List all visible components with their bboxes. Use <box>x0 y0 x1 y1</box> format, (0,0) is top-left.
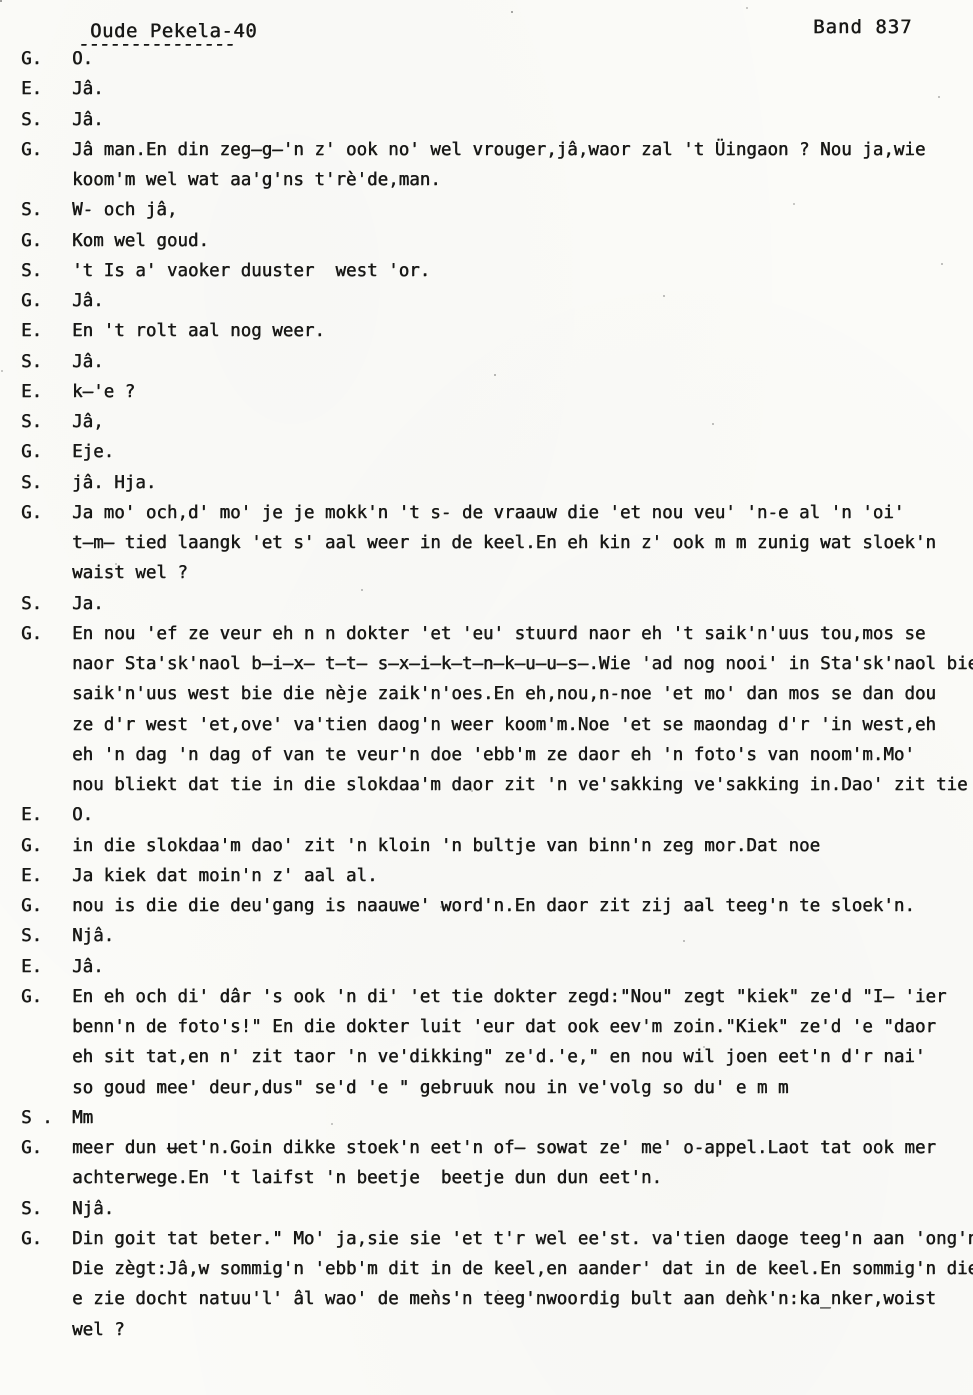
line-text: meer dun ʉet'n.Goin dikke stoek'n eet'n … <box>72 1138 936 1158</box>
speaker-label: G. <box>21 291 42 311</box>
line-text: Din goit tat beter." Mo' ja,sie sie 'et … <box>72 1229 973 1249</box>
transcript-line: benn'n de foto's!" En die dokter luit 'e… <box>0 1014 973 1044</box>
transcript-line: E.O. <box>0 802 973 832</box>
transcript-line: G.Kom wel goud. <box>0 228 973 258</box>
line-text: Njâ. <box>72 1199 114 1219</box>
document-page: Oude Pekela-40 --------------- Band 837 … <box>0 0 973 1395</box>
line-text: En nou 'ef ze veur eh n n dokter 'et 'eu… <box>72 624 925 644</box>
transcript-line: S.Njâ. <box>0 923 973 953</box>
transcript-line: G.Eje. <box>0 439 973 469</box>
transcript-line: S.jâ. Hja. <box>0 470 973 500</box>
line-text: En 't rolt aal nog weer. <box>72 321 325 341</box>
transcript-line: so goud mee' deur,dus" se'd 'e " gebruuk… <box>0 1075 973 1105</box>
line-text: in die slokdaa'm dao' zit 'n kloin 'n bu… <box>72 836 820 856</box>
speaker-label: G. <box>21 442 42 462</box>
speaker-label: G. <box>21 624 42 644</box>
line-text: Ja kiek dat moin'n z' aal al. <box>72 866 378 886</box>
line-text: Jâ. <box>72 110 104 130</box>
line-text: nou bliekt dat tie in die slokdaa'm daor… <box>72 775 968 795</box>
transcript-line: G.meer dun ʉet'n.Goin dikke stoek'n eet'… <box>0 1135 973 1165</box>
line-text: achterwege.En 't laifst 'n beetje beetje… <box>72 1168 662 1188</box>
transcript-line: G.Din goit tat beter." Mo' ja,sie sie 'e… <box>0 1226 973 1256</box>
transcript-line: S.Jâ, <box>0 409 973 439</box>
transcript-line: S.Jâ. <box>0 349 973 379</box>
speaker-label: G. <box>21 49 42 69</box>
transcript: G.O.E.Jâ.S.Jâ.G.Jâ man.En din zeg̶g̶'n z… <box>0 46 973 1347</box>
line-text: Eje. <box>72 442 114 462</box>
transcript-line: E.Ja kiek dat moin'n z' aal al. <box>0 863 973 893</box>
transcript-line: G.Jâ. <box>0 288 973 318</box>
speaker-label: G. <box>21 231 42 251</box>
transcript-line: saik'n'uus west bie die nèje zaik'n'oes.… <box>0 681 973 711</box>
line-text: wel ? <box>72 1320 125 1340</box>
transcript-line: G.Jâ man.En din zeg̶g̶'n z' ook no' wel … <box>0 137 973 167</box>
speaker-label: S. <box>21 594 42 614</box>
transcript-line: e zie docht natuu'l' âl wao' de meǹs'n t… <box>0 1286 973 1316</box>
transcript-line: wel ? <box>0 1317 973 1347</box>
transcript-line: G.nou is die die deu'gang is naauwe' wor… <box>0 893 973 923</box>
transcript-line: koom'm wel wat aa'g'ns t'rè'de,man. <box>0 167 973 197</box>
transcript-line: G.in die slokdaa'm dao' zit 'n kloin 'n … <box>0 833 973 863</box>
speaker-label: S. <box>21 200 42 220</box>
line-text: e zie docht natuu'l' âl wao' de meǹs'n t… <box>72 1289 936 1309</box>
line-text: 't Is a' vaoker duuster west 'or. <box>72 261 430 281</box>
transcript-line: S .Mm <box>0 1105 973 1135</box>
band-label: Band 837 <box>813 16 913 38</box>
line-text: En eh och di' dâr 's ook 'n di' 'et tie … <box>72 987 946 1007</box>
speaker-label: S. <box>21 926 42 946</box>
transcript-line: E.k̶'e ? <box>0 379 973 409</box>
line-text: O. <box>72 49 93 69</box>
transcript-line: nou bliekt dat tie in die slokdaa'm daor… <box>0 772 973 802</box>
line-text: naor Sta'sk'naol b̶i̶x̶ t̶t̶ s̶x̶i̶k̶t̶n… <box>72 654 973 674</box>
line-text: Jâ. <box>72 352 104 372</box>
line-text: waist wel ? <box>72 563 188 583</box>
line-text: Jâ man.En din zeg̶g̶'n z' ook no' wel vr… <box>72 140 925 160</box>
speaker-label: E. <box>21 321 42 341</box>
speaker-label: E. <box>21 382 42 402</box>
line-text: jâ. Hja. <box>72 473 156 493</box>
transcript-line: ze d'r west 'et,ove' va'tien daog'n weer… <box>0 712 973 742</box>
speaker-label: G. <box>21 1229 42 1249</box>
transcript-line: E.Jâ. <box>0 76 973 106</box>
line-text: benn'n de foto's!" En die dokter luit 'e… <box>72 1017 936 1037</box>
speaker-label: S . <box>21 1108 53 1128</box>
speaker-label: G. <box>21 140 42 160</box>
transcript-line: G.O. <box>0 46 973 76</box>
speaker-label: S. <box>21 261 42 281</box>
transcript-line: S.Njâ. <box>0 1196 973 1226</box>
line-text: so goud mee' deur,dus" se'd 'e " gebruuk… <box>72 1078 788 1098</box>
transcript-line: G.Ja mo' och,d' mo' je je mokk'n 't s- d… <box>0 500 973 530</box>
transcript-line: S.Jâ. <box>0 107 973 137</box>
transcript-line: S.Ja. <box>0 591 973 621</box>
line-text: Mm <box>72 1108 93 1128</box>
speaker-label: S. <box>21 110 42 130</box>
transcript-line: E.En 't rolt aal nog weer. <box>0 318 973 348</box>
line-text: Jâ. <box>72 291 104 311</box>
line-text: k̶'e ? <box>72 382 135 402</box>
line-text: Jâ, <box>72 412 104 432</box>
speaker-label: E. <box>21 866 42 886</box>
speaker-label: E. <box>21 957 42 977</box>
transcript-line: naor Sta'sk'naol b̶i̶x̶ t̶t̶ s̶x̶i̶k̶t̶n… <box>0 651 973 681</box>
transcript-line: t̶m̶ tied laangk 'et s' aal weer in de k… <box>0 530 973 560</box>
transcript-line: E.Jâ. <box>0 954 973 984</box>
line-text: Kom wel goud. <box>72 231 209 251</box>
line-text: ze d'r west 'et,ove' va'tien daog'n weer… <box>72 715 936 735</box>
speaker-label: S. <box>21 473 42 493</box>
line-text: saik'n'uus west bie die nèje zaik'n'oes.… <box>72 684 936 704</box>
line-text: t̶m̶ tied laangk 'et s' aal weer in de k… <box>72 533 936 553</box>
line-text: W- och jâ, <box>72 200 177 220</box>
transcript-line: achterwege.En 't laifst 'n beetje beetje… <box>0 1165 973 1195</box>
line-text: Ja. <box>72 594 104 614</box>
transcript-line: waist wel ? <box>0 560 973 590</box>
speaker-label: E. <box>21 805 42 825</box>
transcript-line: G.En nou 'ef ze veur eh n n dokter 'et '… <box>0 621 973 651</box>
speaker-label: G. <box>21 836 42 856</box>
line-text: Njâ. <box>72 926 114 946</box>
line-text: O. <box>72 805 93 825</box>
line-text: Ja mo' och,d' mo' je je mokk'n 't s- de … <box>72 503 904 523</box>
speaker-label: S. <box>21 412 42 432</box>
transcript-line: eh sit tat,en n' zit taor 'n ve'dikking"… <box>0 1044 973 1074</box>
line-text: Die zègt:Jâ,w sommig'n 'ebb'm dit in de … <box>72 1259 973 1279</box>
transcript-line: G.En eh och di' dâr 's ook 'n di' 'et ti… <box>0 984 973 1014</box>
line-text: nou is die die deu'gang is naauwe' word'… <box>72 896 915 916</box>
speaker-label: S. <box>21 1199 42 1219</box>
transcript-line: S.W- och jâ, <box>0 197 973 227</box>
speaker-label: G. <box>21 1138 42 1158</box>
speaker-label: G. <box>21 987 42 1007</box>
speaker-label: S. <box>21 352 42 372</box>
line-text: eh sit tat,en n' zit taor 'n ve'dikking"… <box>72 1047 925 1067</box>
speaker-label: G. <box>21 503 42 523</box>
line-text: Jâ. <box>72 79 104 99</box>
line-text: koom'm wel wat aa'g'ns t'rè'de,man. <box>72 170 441 190</box>
transcript-line: eh 'n dag 'n dag of van te veur'n doe 'e… <box>0 742 973 772</box>
transcript-line: S.'t Is a' vaoker duuster west 'or. <box>0 258 973 288</box>
line-text: Jâ. <box>72 957 104 977</box>
scan-specks <box>0 0 2 2</box>
line-text: eh 'n dag 'n dag of van te veur'n doe 'e… <box>72 745 915 765</box>
transcript-line: Die zègt:Jâ,w sommig'n 'ebb'm dit in de … <box>0 1256 973 1286</box>
speaker-label: G. <box>21 896 42 916</box>
speaker-label: E. <box>21 79 42 99</box>
